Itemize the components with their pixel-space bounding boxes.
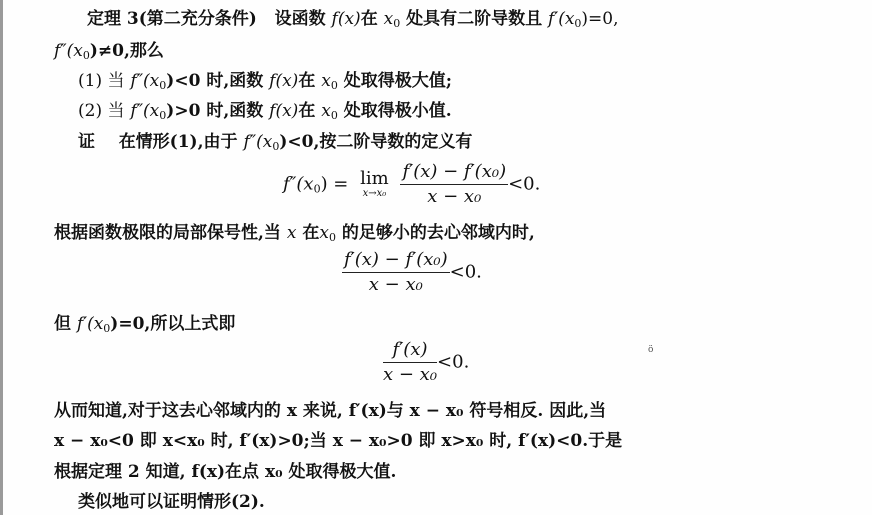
proof-paragraph-4-line-1: 从而知道,对于这去心邻域内的 x 来说, f′(x)与 x − x₀ 符号相反.… xyxy=(54,400,606,422)
theorem-title: 定理 3(第二充分条件) xyxy=(87,9,257,29)
proof-paragraph-4-line-3: 根据定理 2 知道, f(x)在点 x₀ 处取得极大值. xyxy=(54,461,396,483)
proof-label: 证 xyxy=(78,132,95,152)
fraction: f′(x) − f′(x₀) x − x₀ xyxy=(400,160,508,209)
scan-artifact: ö xyxy=(648,345,653,355)
formula-reduced-quotient: f′(x) x − x₀ <0. xyxy=(383,338,469,387)
proof-intro: 证 在情形(1),由于 f″(x0)<0,按二阶导数的定义有 xyxy=(78,131,472,158)
proof-paragraph-4-line-2: x − x₀<0 即 x<x₀ 时, f′(x)>0;当 x − x₀>0 即 … xyxy=(54,430,622,452)
fraction: f′(x) x − x₀ xyxy=(383,338,437,387)
fraction: f′(x) − f′(x₀) x − x₀ xyxy=(342,248,450,297)
theorem-case-1: (1) 当 f″(x0)<0 时,函数 f(x)在 x0 处取得极大值; xyxy=(78,70,452,97)
theorem-line-2: f″(x0)≠0,那么 xyxy=(54,40,164,67)
theorem-line-1: 定理 3(第二充分条件) 设函数 f(x)在 x0 处具有二阶导数且 f′(x0… xyxy=(87,8,619,35)
theorem-case-2: (2) 当 f″(x0)>0 时,函数 f(x)在 x0 处取得极小值. xyxy=(78,100,452,127)
page-left-border xyxy=(0,0,3,515)
proof-paragraph-5: 类似地可以证明情形(2). xyxy=(78,491,265,513)
limit-operator: lim x→x₀ xyxy=(360,170,389,200)
formula-difference-quotient: f′(x) − f′(x₀) x − x₀ <0. xyxy=(342,248,482,297)
proof-paragraph-2: 根据函数极限的局部保号性,当 x 在x0 的足够小的去心邻域内时, xyxy=(54,222,535,249)
formula-second-derivative-limit: f″(x0) = lim x→x₀ f′(x) − f′(x₀) x − x₀ … xyxy=(283,160,540,209)
proof-paragraph-3: 但 f′(x0)=0,所以上式即 xyxy=(54,313,235,340)
